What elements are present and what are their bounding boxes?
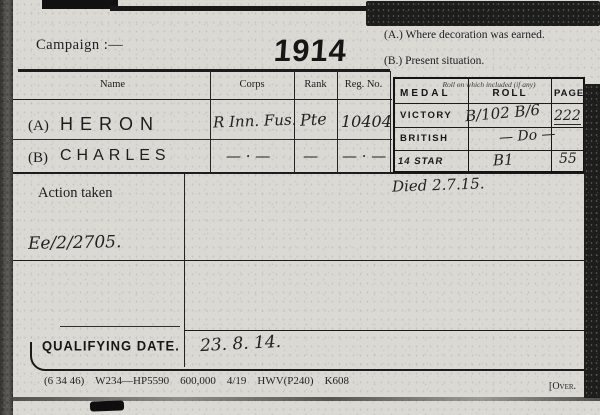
col-header-reg-no: Reg. No.: [337, 79, 390, 90]
scan-smudge-bottom: [90, 400, 124, 411]
col-header-name: Name: [15, 79, 210, 90]
note-present-situation: (B.) Present situation.: [384, 55, 484, 67]
campaign-year: 1914: [273, 33, 348, 69]
reg-ditto-dash: — · —: [342, 147, 386, 165]
row-b-prefix: (B): [28, 150, 48, 167]
medal-british-label: BRITISH: [400, 133, 449, 144]
medal-roll-table: Roll on which included (if any) MEDAL RO…: [393, 77, 585, 173]
card-bottom-rule: [64, 369, 586, 371]
row-a-prefix: (A): [28, 118, 49, 135]
qualifying-date-value: 23. 8. 14.: [200, 332, 282, 356]
column-header-underline: [13, 99, 392, 100]
roll-col-header: ROLL: [469, 88, 551, 99]
medal-col-header: MEDAL: [400, 88, 451, 99]
card-top-edge-line: [110, 6, 372, 11]
action-taken-label: Action taken: [38, 185, 113, 202]
rank-value: Pte: [300, 109, 328, 129]
medal-index-card: Campaign :— 1914 (A.) Where decoration w…: [0, 0, 600, 415]
action-reference-value: Ee/2/2705.: [28, 232, 122, 254]
scan-edge-left: [0, 0, 13, 415]
over-label: [Over.: [549, 381, 576, 392]
printer-code: (6 34 46) W234—HP5590 600,000 4/19 HWV(P…: [44, 375, 349, 387]
star-page-value: 55: [559, 151, 577, 167]
medal-14star-label: 14 STAR: [397, 156, 444, 167]
scan-line-bottom: [0, 397, 600, 401]
died-note: Died 2.7.15.: [392, 174, 485, 195]
scan-edge-right: [584, 84, 600, 398]
medal-header-underline: [395, 103, 583, 104]
mid-vertical-divider: [184, 174, 185, 367]
col-header-corps: Corps: [210, 79, 294, 90]
qualifying-date-rule-right: [184, 330, 584, 331]
page-col-header: PAGE: [554, 88, 583, 99]
reg-no-value: 10404: [341, 112, 392, 131]
qualifying-date-label: QUALIFYING DATE.: [42, 337, 180, 353]
surname-value: HERON: [60, 114, 160, 135]
scan-artifact-top-left: [42, 0, 118, 9]
forename-value: CHARLES: [60, 147, 171, 165]
scan-artifact-top-right: [366, 1, 600, 26]
victory-roll-value: B/102 B/6: [464, 101, 540, 125]
mid-section-rule: [12, 260, 585, 261]
qualifying-date-rule-left: [60, 326, 180, 327]
star-roll-value: B1: [493, 150, 514, 169]
col-header-rank: Rank: [294, 79, 337, 90]
corps-value: R Inn. Fus.: [213, 111, 297, 132]
row-a-underline: [13, 139, 392, 140]
divider-roll-page: [551, 79, 552, 171]
victory-page-value: 222: [554, 108, 581, 125]
corps-ditto-dash: — · —: [226, 147, 270, 165]
british-row-underline: [395, 150, 583, 151]
note-where-decoration-earned: (A.) Where decoration was earned.: [384, 29, 545, 41]
medal-victory-label: VICTORY: [400, 110, 452, 121]
british-roll-ditto: — Do —: [499, 126, 557, 146]
header-rule: [18, 69, 390, 72]
rank-ditto-dash: —: [303, 147, 318, 165]
campaign-label: Campaign :—: [36, 37, 123, 54]
